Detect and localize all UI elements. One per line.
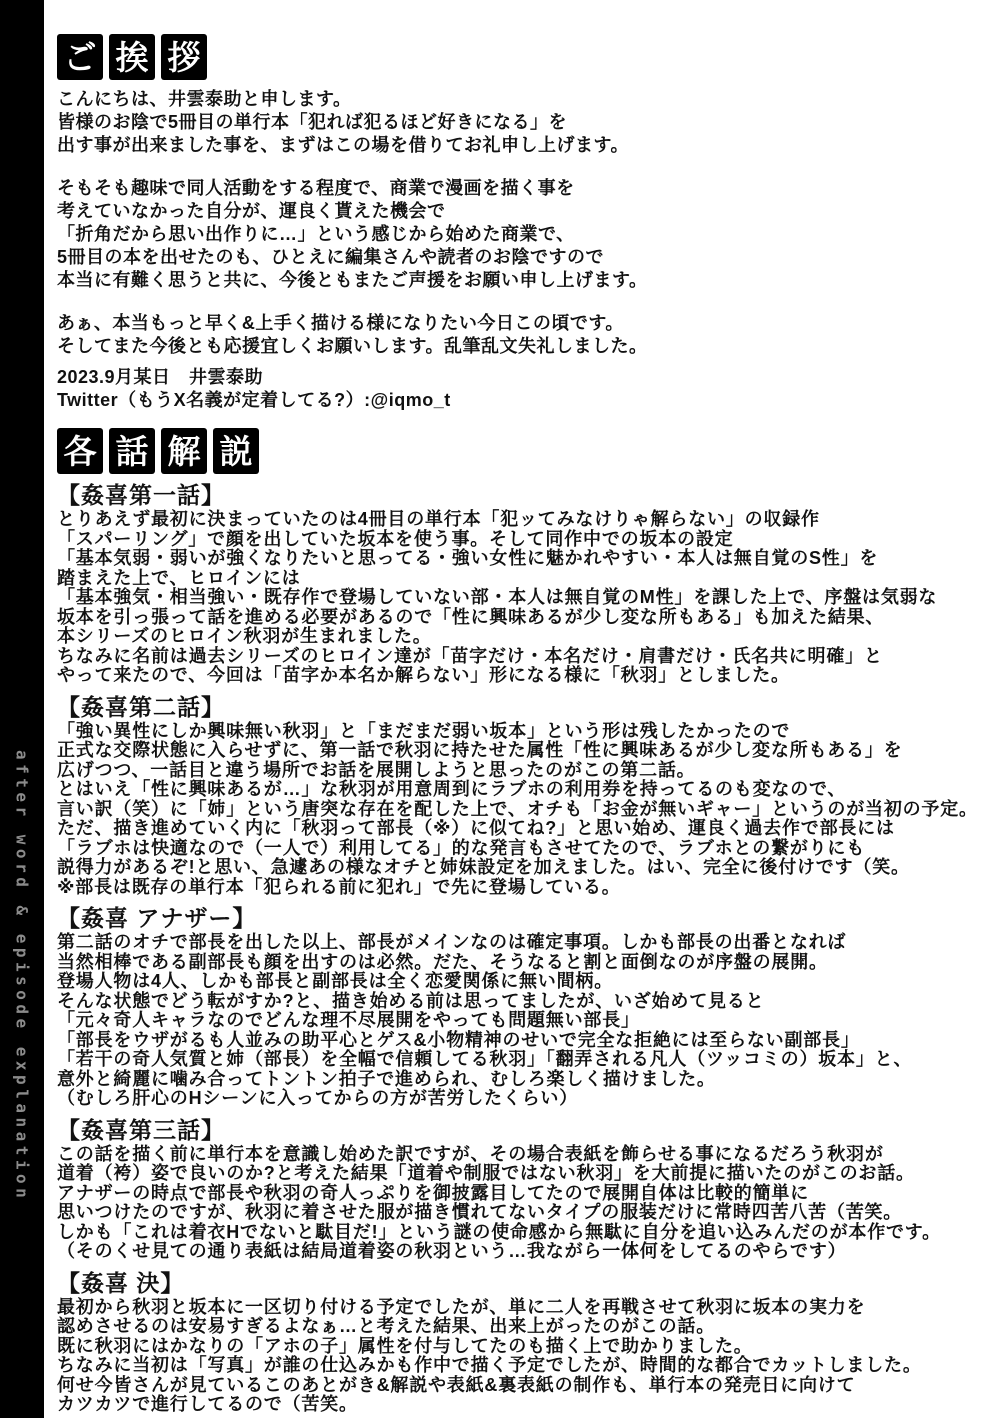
greeting-paragraph-1: こんにちは、井雲泰助と申します。 皆様のお陰で5冊目の単行本「犯れば犯るほど好き… <box>57 88 980 157</box>
header-char-box: 説 <box>213 428 259 474</box>
commentary-section-episode1: 【姦喜第一話】 とりあえず最初に決まっていたのは4冊目の単行本「犯ッてみなけりゃ… <box>57 482 980 686</box>
section-body: 「強い異性にしか興味無い秋羽」と「まだまだ弱い坂本」という形は残したかったので … <box>57 722 980 898</box>
commentary-section-final: 【姦喜 決】 最初から秋羽と坂本に一区切り付ける予定でしたが、単に二人を再戦させ… <box>57 1270 980 1415</box>
commentary-section-episode2: 【姦喜第二話】 「強い異性にしか興味無い秋羽」と「まだまだ弱い坂本」という形は残… <box>57 694 980 898</box>
section-body: この話を描く前に単行本を意識し始めた訳ですが、その場合表紙を飾らせる事になるだろ… <box>57 1145 980 1262</box>
section-title: 【姦喜 アナザー】 <box>57 905 980 931</box>
header-char-box: ご <box>57 34 103 80</box>
header-char-box: 話 <box>109 428 155 474</box>
section-title: 【姦喜第一話】 <box>57 482 980 508</box>
commentary-section-episode3: 【姦喜第三話】 この話を描く前に単行本を意識し始めた訳ですが、その場合表紙を飾ら… <box>57 1117 980 1262</box>
section-title: 【姦喜第三話】 <box>57 1117 980 1143</box>
section-body: 第二話のオチで部長を出した以上、部長がメインなのは確定事項。しかも部長の出番とな… <box>57 933 980 1109</box>
left-black-edge: after word & episode explanation <box>0 0 44 1418</box>
commentary-section-another: 【姦喜 アナザー】 第二話のオチで部長を出した以上、部長がメインなのは確定事項。… <box>57 905 980 1109</box>
header-char-box: 挨 <box>109 34 155 80</box>
greeting-paragraph-3: あぁ、本当もっと早く&上手く描ける様になりたい今日この頃です。 そしてまた今後と… <box>57 312 980 358</box>
greeting-header: ご 挨 拶 <box>57 34 980 80</box>
header-char-box: 各 <box>57 428 103 474</box>
section-body: 最初から秋羽と坂本に一区切り付ける予定でしたが、単に二人を再戦させて秋羽に坂本の… <box>57 1298 980 1415</box>
header-char-box: 解 <box>161 428 207 474</box>
greeting-paragraph-2: そもそも趣味で同人活動をする程度で、商業で漫画を描く事を 考えていなかった自分が… <box>57 177 980 292</box>
commentary-header: 各 話 解 説 <box>57 428 980 474</box>
page-content: ご 挨 拶 こんにちは、井雲泰助と申します。 皆様のお陰で5冊目の単行本「犯れば… <box>44 0 1000 1418</box>
vertical-edge-caption: after word & episode explanation <box>13 750 32 1202</box>
author-signature: 2023.9月某日 井雲泰助 Twitter（もうX名義が定着してる?）:@iq… <box>57 366 980 412</box>
section-body: とりあえず最初に決まっていたのは4冊目の単行本「犯ッてみなけりゃ解らない」の収録… <box>57 510 980 686</box>
section-title: 【姦喜第二話】 <box>57 694 980 720</box>
section-title: 【姦喜 決】 <box>57 1270 980 1296</box>
header-char-box: 拶 <box>161 34 207 80</box>
